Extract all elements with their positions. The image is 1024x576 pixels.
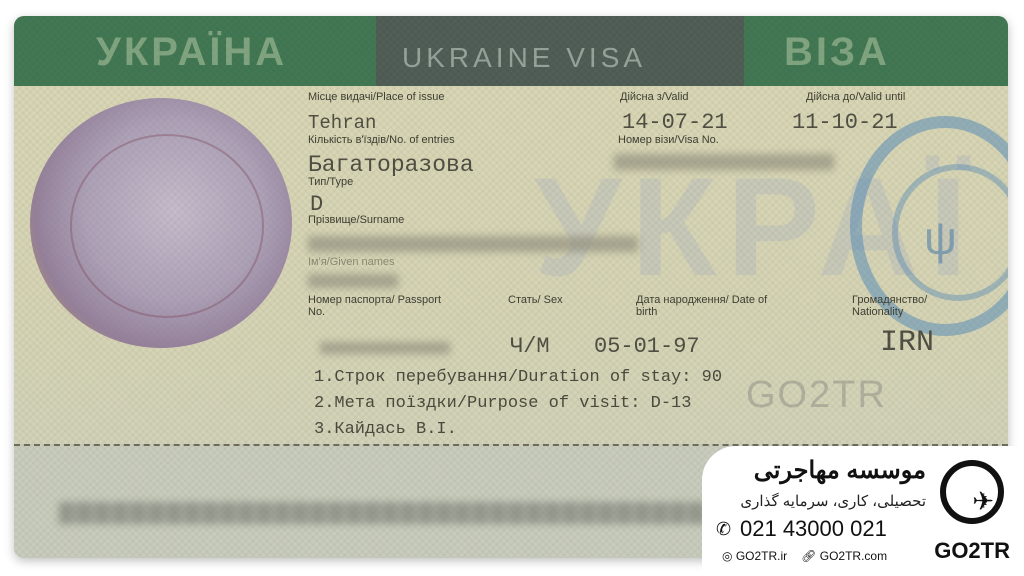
visa-no-label: Номер візи/Visa No. bbox=[618, 134, 719, 146]
valid-from-value: 14-07-21 bbox=[622, 110, 728, 135]
mrz-redacted bbox=[59, 502, 709, 524]
note-purpose: 2.Мета поїздки/Purpose of visit: D-13 bbox=[314, 394, 691, 413]
passport-no-redacted bbox=[320, 342, 450, 354]
promo-brand: GO2TR bbox=[934, 538, 1010, 564]
sex-value: Ч/M bbox=[510, 334, 550, 359]
trident-emblem-icon: ψ bbox=[924, 211, 957, 265]
given-names-label: Ім'я/Given names bbox=[308, 256, 395, 268]
passport-no-label: Номер паспорта/ Passport No. bbox=[308, 294, 448, 318]
nationality-value: IRN bbox=[880, 326, 934, 360]
note-signatory: 3.Кайдась В.І. bbox=[314, 420, 457, 439]
website-link[interactable]: 🔗︎ GO2TR.com bbox=[801, 549, 887, 563]
dob-label: Дата народження/ Date of birth bbox=[636, 294, 786, 318]
promo-card: موسسه مهاجرتی تحصیلی، کاری، سرمایه گذاری… bbox=[702, 446, 1024, 576]
entries-label: Кількість в'їздів/No. of entries bbox=[308, 134, 455, 146]
nationality-label: Громадянство/ Nationality bbox=[852, 294, 962, 318]
place-of-issue-label: Місце видачі/Place of issue bbox=[308, 91, 444, 103]
go2tr-watermark: GO2TR bbox=[746, 374, 887, 417]
visa-no-redacted bbox=[614, 154, 834, 170]
surname-label: Прізвище/Surname bbox=[308, 214, 404, 226]
valid-until-label: Дійсна до/Valid until bbox=[806, 91, 905, 103]
sex-label: Стать/ Sex bbox=[508, 294, 568, 306]
promo-subtitle: تحصیلی، کاری، سرمایه گذاری bbox=[740, 492, 926, 510]
place-of-issue-value: Tehran bbox=[308, 112, 376, 134]
dob-value: 05-01-97 bbox=[594, 334, 700, 359]
plane-icon: ✈ bbox=[972, 486, 994, 517]
valid-until-value: 11-10-21 bbox=[792, 110, 898, 135]
promo-title: موسسه مهاجرتی bbox=[754, 456, 926, 485]
promo-phone[interactable]: 021 43000 021 bbox=[740, 516, 887, 542]
note-duration: 1.Строк перебування/Duration of stay: 90 bbox=[314, 368, 722, 387]
link-icon: 🔗︎ bbox=[801, 549, 820, 563]
instagram-link[interactable]: ◎ GO2TR.ir bbox=[722, 549, 787, 563]
valid-from-label: Дійсна з/Valid bbox=[620, 91, 689, 103]
country-title-en: UKRAINE VISA bbox=[402, 42, 646, 74]
promo-links: ◎ GO2TR.ir 🔗︎ GO2TR.com bbox=[722, 549, 887, 563]
surname-redacted bbox=[308, 236, 638, 252]
phone-icon: ✆ bbox=[716, 519, 731, 540]
instagram-icon: ◎ bbox=[722, 549, 736, 563]
country-title-ua: УКРАЇНА bbox=[96, 30, 287, 75]
given-names-redacted bbox=[308, 274, 398, 288]
entries-value: Багаторазова bbox=[308, 152, 474, 178]
type-label: Тип/Type bbox=[308, 176, 353, 188]
hologram-photo bbox=[30, 98, 292, 348]
visa-title-ua: ВІЗА bbox=[784, 30, 890, 75]
